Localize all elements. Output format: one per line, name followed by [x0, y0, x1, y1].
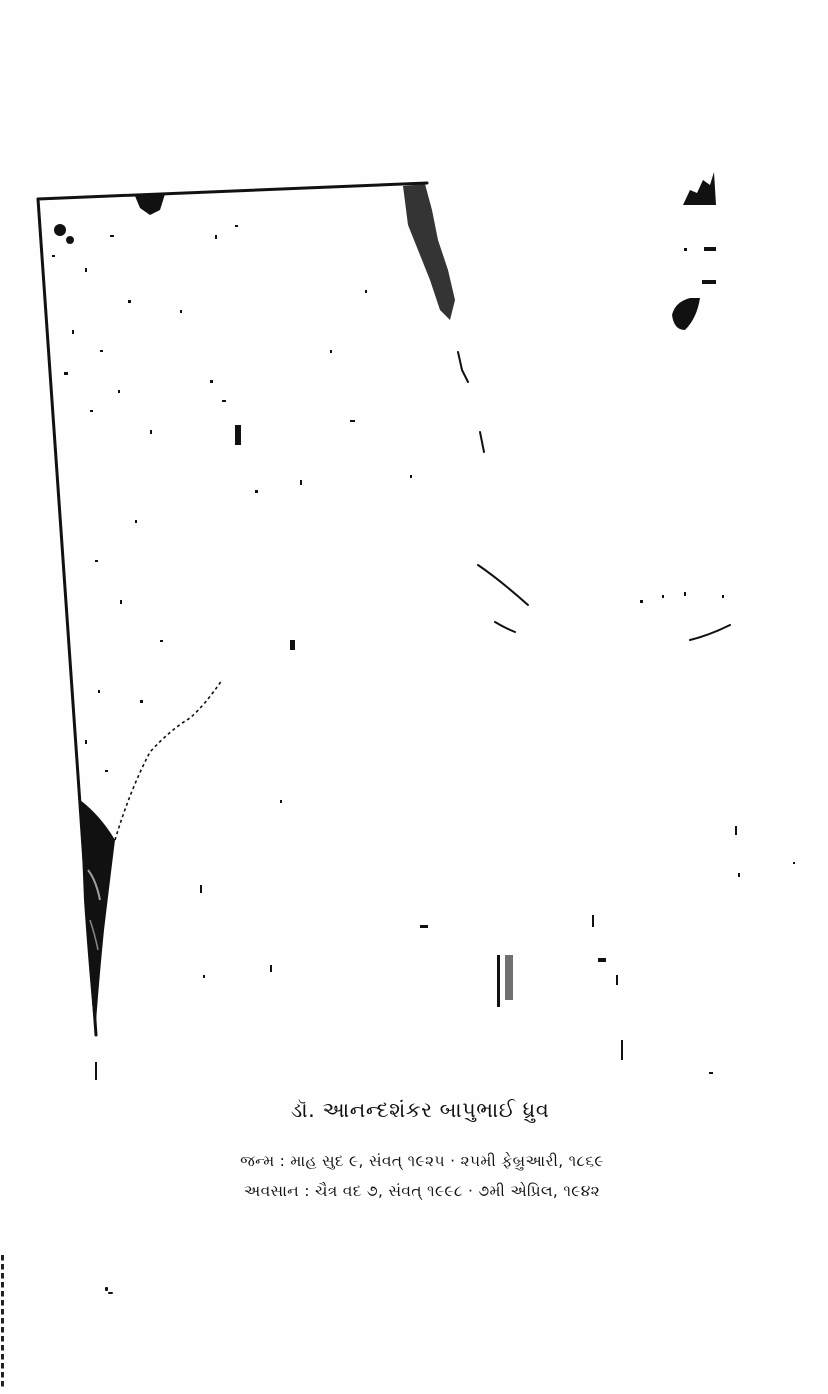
portrait-caption-name: ડૉ. આનન્દશંકર બાપુભાઈ ધ્રુવ [6, 1098, 828, 1123]
birth-date-line: જન્મ : માહ સુદ ૯, સંવત્ ૧૯૨૫ · ૨૫મી ફેબ્… [8, 1152, 828, 1171]
photo-specks [52, 225, 795, 1074]
death-date-line: અવસાન : ચૈત્ર વદ ૭, સંવત્ ૧૯૯૮ · ૭મી એપ્… [8, 1182, 828, 1201]
portrait-photo [0, 0, 828, 1100]
book-page: ડૉ. આનન્દશંકર બાપુભાઈ ધ્રુવ જન્મ : માહ સ… [0, 0, 828, 1394]
scan-speck [108, 1292, 113, 1294]
scan-speck [105, 1287, 108, 1291]
dark-shoulder-shape [80, 800, 115, 1035]
scan-margin-mark [1, 1255, 4, 1390]
